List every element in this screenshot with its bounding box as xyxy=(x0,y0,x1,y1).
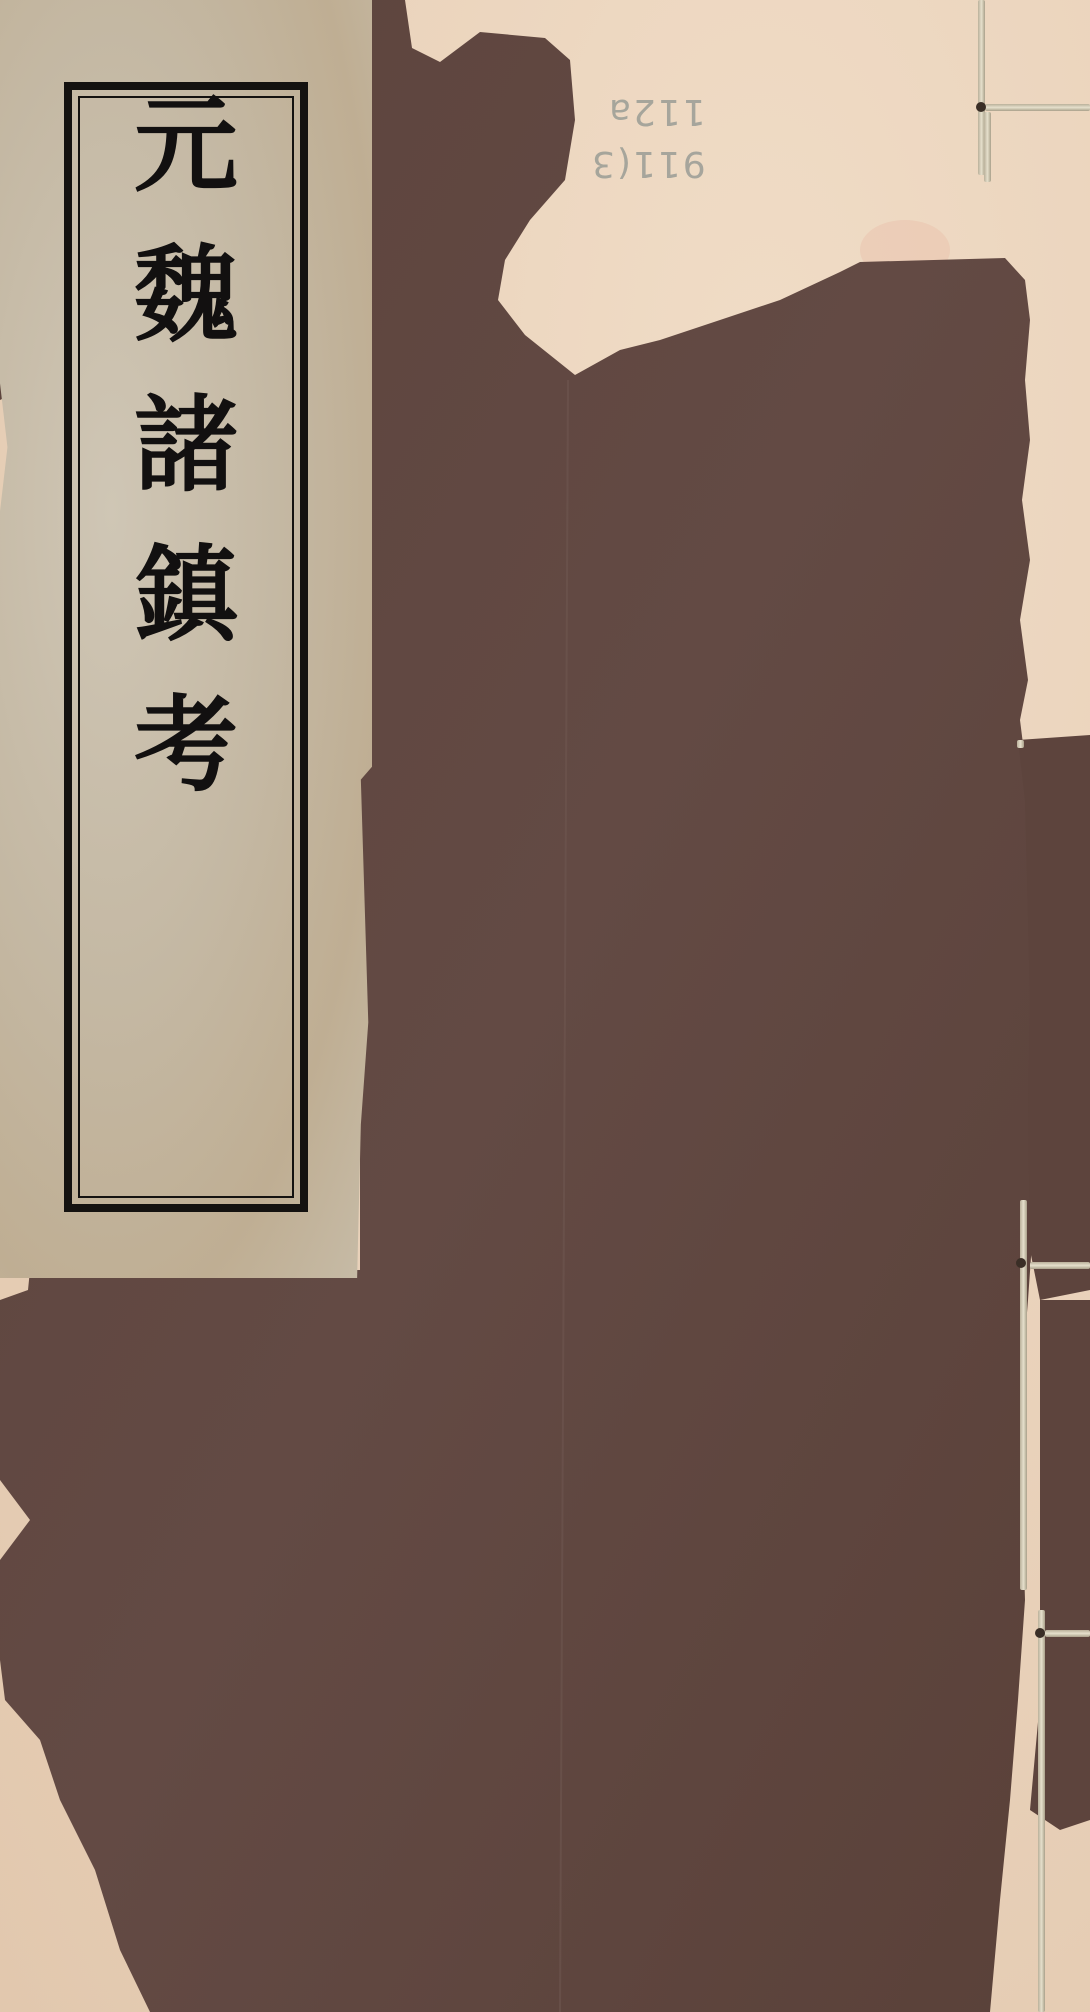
title-label: 元 魏 諸 鎮 考 xyxy=(0,0,372,1278)
binding-knot xyxy=(976,102,986,112)
binding-knot xyxy=(1035,1628,1045,1638)
binding-thread xyxy=(1030,1262,1090,1269)
title-char: 元 xyxy=(134,70,238,220)
binding-thread xyxy=(985,104,1090,111)
title-char: 考 xyxy=(134,670,238,820)
title-char: 諸 xyxy=(134,370,238,520)
binding-thread xyxy=(1045,1630,1090,1637)
binding-knot xyxy=(1016,1258,1026,1268)
binding-thread xyxy=(984,112,991,182)
title-char: 鎮 xyxy=(134,520,238,670)
binding-thread xyxy=(1017,740,1024,748)
title-char: 魏 xyxy=(134,220,238,370)
book-title: 元 魏 諸 鎮 考 xyxy=(0,70,372,820)
binding-thread xyxy=(1038,1610,1045,2012)
